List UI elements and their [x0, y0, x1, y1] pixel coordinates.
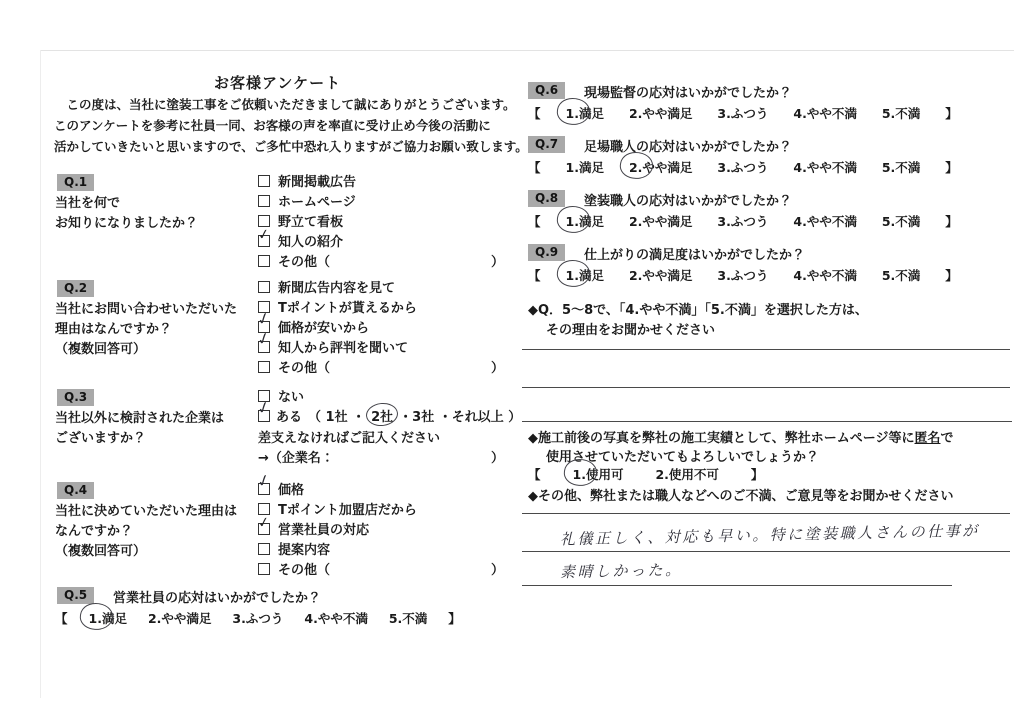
company-name-prefix: →（企業名： [258, 449, 334, 469]
checkbox-checked: ✓ [258, 341, 270, 353]
option-label: 営業社員の対応 [278, 519, 369, 538]
rating-option: 4.やや不満 [793, 266, 856, 284]
q9-heading: 仕上がりの満足度はいかがでしたか？ [584, 244, 805, 263]
checkbox-unchecked [258, 255, 270, 267]
checkbox-unchecked [258, 563, 270, 575]
q6-rating-row: 【 1.満足 2.やや満足 3.ふつう 4.やや不満 5.不満 】 [528, 104, 958, 122]
bracket-close: 】 [945, 266, 958, 284]
checkbox-checked: ✓ [258, 483, 270, 495]
photo-consent-text: ◆施工前後の写真を弊社の施工実績として、弊社ホームページ等に [528, 431, 914, 446]
checkbox-unchecked [258, 281, 270, 293]
q1-question-line: 当社を何で [55, 194, 198, 214]
rating-option: 2.やや満足 [629, 104, 692, 122]
reason-prompt-line2: その理由をお聞かせください [546, 319, 715, 338]
rating-option-selected: 2.やや満足 [629, 158, 692, 176]
rating-option: 5.不満 [882, 104, 920, 122]
q3-question-line: ございますか？ [55, 429, 224, 449]
q2-question-line: 理由はなんですか？ [55, 320, 237, 340]
q4-option-row: その他（ ） [258, 559, 504, 579]
q1-options: 新聞掲載広告 ホームページ 野立て看板 ✓ 知人の紹介 その他（ ） [258, 171, 504, 270]
rating-option: 3.ふつう [717, 104, 768, 122]
q2-option-row: ✓ 知人から評判を聞いて [258, 337, 504, 357]
q4-option-row: 提案内容 [258, 539, 504, 559]
answer-line [522, 421, 1012, 422]
intro-line: 活かしていきたいと思いますので、ご多忙中恐れ入りますがご協力お願い致します。 [54, 136, 532, 157]
q7-label: Q.7 [528, 136, 565, 153]
q4-option-row: ✓ 価格 [258, 479, 504, 499]
q4-option-row: Tポイント加盟店だから [258, 499, 504, 519]
page-title: お客様アンケート [214, 72, 341, 93]
q3-question-line: 当社以外に検討された企業は [55, 409, 224, 429]
photo-consent-text: で [941, 431, 954, 446]
company-count-prefix: （ 1社 ・ [308, 406, 365, 425]
q2-option-row: ✓ 価格が安いから [258, 317, 504, 337]
checkbox-unchecked [258, 195, 270, 207]
answer-line [522, 513, 1010, 514]
bracket-close: 】 [945, 212, 958, 230]
q2-question-line: 当社にお問い合わせいただいた [55, 300, 237, 320]
intro-line: この度は、当社に塗装工事をご依頼いただきまして誠にありがとうございます。 [54, 94, 532, 115]
consent-option: 2.使用不可 [655, 465, 718, 483]
q1-option-row: その他（ ） [258, 251, 504, 271]
checkbox-unchecked [258, 215, 270, 227]
photo-consent-line1: ◆施工前後の写真を弊社の施工実績として、弊社ホームページ等に匿名で [528, 427, 954, 446]
rating-option-selected: 1.満足 [89, 609, 127, 627]
q2-option-row: Tポイントが貰えるから [258, 297, 504, 317]
bracket-close: 】 [448, 609, 461, 627]
reason-prompt-line1: ◆Q．5～8で、「4.やや不満」「5.不満」を選択した方は、 [528, 299, 868, 318]
paren-close: ） [491, 251, 504, 270]
q2-question-line: （複数回答可） [55, 340, 237, 360]
checkmark-icon: ✓ [257, 227, 271, 243]
q3-company-line: →（企業名： ） [258, 449, 504, 469]
bracket-open: 【 [528, 266, 541, 284]
rating-option: 3.ふつう [717, 158, 768, 176]
q8-label: Q.8 [528, 190, 565, 207]
rating-option: 3.ふつう [232, 609, 283, 627]
q4-question-line: なんですか？ [55, 522, 237, 542]
handwritten-comment-line1: 礼儀正しく、対応も早い。特に塗装職人さんの仕事が [560, 520, 980, 550]
q8-heading: 塗装職人の応対はいかがでしたか？ [584, 190, 792, 209]
rating-option: 4.やや不満 [793, 104, 856, 122]
photo-consent-options: 【 1.使用可 2.使用不可 】 [528, 465, 763, 483]
company-count-suffix: ・3社 ・それ以上 ） [399, 406, 521, 425]
rating-option: 1.満足 [566, 158, 604, 176]
option-label: 野立て看板 [278, 211, 343, 230]
q1-option-row: 野立て看板 [258, 211, 504, 231]
q4-label: Q.4 [57, 482, 94, 499]
checkbox-unchecked [258, 361, 270, 373]
q9-rating-row: 【 1.満足 2.やや満足 3.ふつう 4.やや不満 5.不満 】 [528, 266, 958, 284]
paren-close: ） [491, 357, 504, 376]
q6-heading: 現場監督の応対はいかがでしたか？ [584, 82, 792, 101]
rating-option: 3.ふつう [717, 266, 768, 284]
checkbox-checked: ✓ [258, 410, 270, 422]
option-label: その他（ [278, 357, 330, 376]
q4-question: 当社に決めていただいた理由は なんですか？ （複数回答可） [55, 502, 237, 562]
q3-options: ない ✓ ある （ 1社 ・ 2社 ・3社 ・それ以上 ） [258, 386, 521, 426]
q4-question-line: （複数回答可） [55, 542, 237, 562]
bracket-close: 】 [945, 104, 958, 122]
q5-label: Q.5 [57, 587, 94, 604]
q9-label: Q.9 [528, 244, 565, 261]
option-label: 提案内容 [278, 539, 330, 558]
answer-line [522, 551, 1010, 552]
rating-option-selected: 1.満足 [566, 266, 604, 284]
q1-question: 当社を何で お知りになりましたか？ [55, 194, 198, 234]
q7-heading: 足場職人の応対はいかがでしたか？ [584, 136, 792, 155]
checkbox-checked: ✓ [258, 235, 270, 247]
checkmark-icon: ✓ [257, 515, 271, 531]
scanned-survey-page: お客様アンケート この度は、当社に塗装工事をご依頼いただきまして誠にありがとうご… [0, 0, 1024, 724]
rating-option: 2.やや満足 [629, 212, 692, 230]
answer-line [522, 585, 952, 586]
checkmark-icon: ✓ [255, 472, 272, 489]
rating-option: 4.やや不満 [793, 158, 856, 176]
q2-option-row: 新聞広告内容を見て [258, 277, 504, 297]
q2-label: Q.2 [57, 280, 94, 297]
checkbox-checked: ✓ [258, 523, 270, 535]
company-count-selected: 2社 [371, 406, 393, 425]
q4-question-line: 当社に決めていただいた理由は [55, 502, 237, 522]
q5-rating-row: 【 1.満足 2.やや満足 3.ふつう 4.やや不満 5.不満 】 [55, 609, 461, 627]
intro-line: このアンケートを参考に社員一同、お客様の声を率直に受け止め今後の活動に [54, 115, 532, 136]
anonymous-underlined: 匿名 [914, 431, 940, 446]
option-label: 価格 [278, 479, 304, 498]
bracket-open: 【 [528, 104, 541, 122]
q2-options: 新聞広告内容を見て Tポイントが貰えるから ✓ 価格が安いから ✓ 知人から評判… [258, 277, 504, 376]
q3-label: Q.3 [57, 389, 94, 406]
q5-heading: 営業社員の応対はいかがでしたか？ [113, 587, 321, 606]
paper-left-edge [40, 50, 41, 698]
bracket-open: 【 [528, 158, 541, 176]
rating-option: 5.不満 [882, 266, 920, 284]
q3-fill-note: 差支えなければご記入ください [258, 429, 440, 449]
paren-close: ） [491, 559, 504, 578]
rating-option: 2.やや満足 [148, 609, 211, 627]
q3-option-row: ✓ ある （ 1社 ・ 2社 ・3社 ・それ以上 ） [258, 406, 521, 426]
rating-option: 4.やや不満 [304, 609, 367, 627]
feedback-heading: ◆その他、弊社または職人などへのご不満、ご意見等をお聞かせください [528, 485, 953, 504]
bracket-open: 【 [528, 212, 541, 230]
option-label: 知人から評判を聞いて [278, 337, 408, 356]
checkbox-unchecked [258, 175, 270, 187]
rating-option-selected: 1.満足 [566, 104, 604, 122]
q6-label: Q.6 [528, 82, 565, 99]
handwritten-comment-line2: 素晴しかった。 [560, 559, 683, 583]
option-label: その他（ [278, 251, 330, 270]
paren-close: ） [491, 449, 504, 469]
rating-option: 4.やや不満 [793, 212, 856, 230]
option-label: 知人の紹介 [278, 231, 343, 250]
rating-option: 3.ふつう [717, 212, 768, 230]
q1-label: Q.1 [57, 174, 94, 191]
option-label: ある [276, 406, 302, 425]
bracket-close: 】 [945, 158, 958, 176]
q1-question-line: お知りになりましたか？ [55, 214, 198, 234]
q2-question: 当社にお問い合わせいただいた 理由はなんですか？ （複数回答可） [55, 300, 237, 360]
option-label: 新聞掲載広告 [278, 171, 356, 190]
consent-option-selected: 1.使用可 [573, 465, 624, 483]
bracket-close: 】 [751, 465, 764, 483]
intro-paragraph: この度は、当社に塗装工事をご依頼いただきまして誠にありがとうございます。 このア… [54, 94, 532, 157]
q1-option-row: 新聞掲載広告 [258, 171, 504, 191]
option-label: ホームページ [278, 191, 356, 210]
rating-option: 5.不満 [882, 158, 920, 176]
answer-line [522, 387, 1010, 388]
q3-question: 当社以外に検討された企業は ございますか？ [55, 409, 224, 449]
q7-rating-row: 【 1.満足 2.やや満足 3.ふつう 4.やや不満 5.不満 】 [528, 158, 958, 176]
option-label: その他（ [278, 559, 330, 578]
answer-line [522, 349, 1010, 350]
option-label: Tポイントが貰えるから [278, 297, 417, 316]
option-label: 新聞広告内容を見て [278, 277, 395, 296]
q1-option-row: ✓ 知人の紹介 [258, 231, 504, 251]
option-label: Tポイント加盟店だから [278, 499, 417, 518]
q2-option-row: その他（ ） [258, 357, 504, 377]
paper-top-edge [40, 50, 1014, 51]
bracket-open: 【 [528, 465, 541, 483]
option-label: ない [278, 386, 304, 405]
rating-option-selected: 1.満足 [566, 212, 604, 230]
rating-option: 2.やや満足 [629, 266, 692, 284]
checkbox-unchecked [258, 543, 270, 555]
q4-option-row: ✓ 営業社員の対応 [258, 519, 504, 539]
bracket-open: 【 [55, 609, 68, 627]
q8-rating-row: 【 1.満足 2.やや満足 3.ふつう 4.やや不満 5.不満 】 [528, 212, 958, 230]
q4-options: ✓ 価格 Tポイント加盟店だから ✓ 営業社員の対応 提案内容 その他（ ） [258, 479, 504, 578]
rating-option: 5.不満 [389, 609, 427, 627]
q1-option-row: ホームページ [258, 191, 504, 211]
option-label: 価格が安いから [278, 317, 369, 336]
rating-option: 5.不満 [882, 212, 920, 230]
